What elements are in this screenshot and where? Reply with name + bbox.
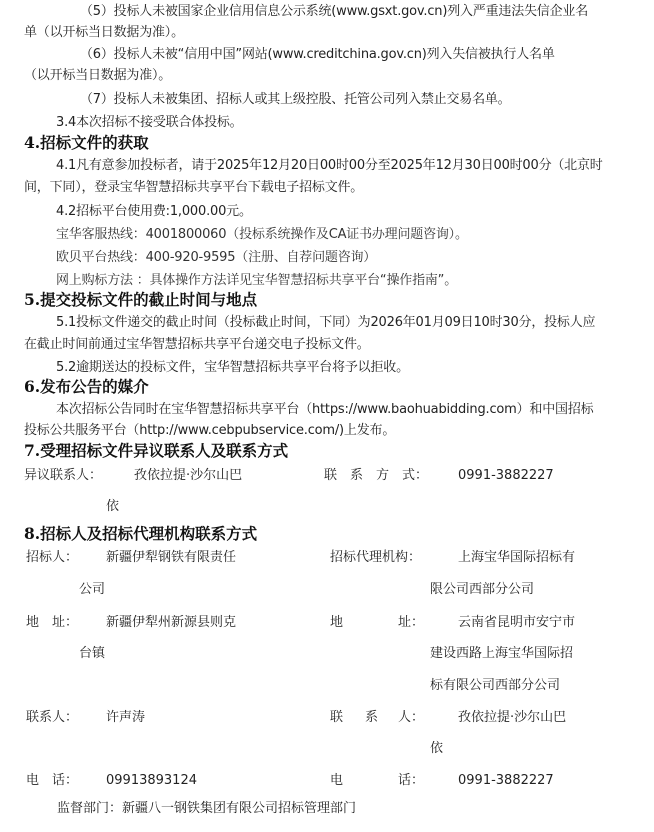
tenderer-address-cont: 台镇 xyxy=(79,646,105,662)
requirement-5-line1: （5）投标人未被国家企业信用信息公示系统(www.gsxt.gov.cn)列入严… xyxy=(80,4,588,20)
objection-phone: 0991-3882227 xyxy=(458,468,554,484)
tenderer-contact-label: 联系人： xyxy=(26,710,78,726)
agency-address-cont2: 标有限公司西部分公司 xyxy=(430,678,560,694)
requirement-5-line2: 单（以开标当日数据为准）。 xyxy=(24,25,184,41)
requirement-6-line2: （以开标当日数据为准）。 xyxy=(24,68,171,84)
agency-phone: 0991-3882227 xyxy=(458,773,554,789)
media-line1: 本次招标公告同时在宝华智慧招标共享平台（https://www.baohuabi… xyxy=(56,402,593,418)
clause-5-1-line2: 在截止时间前通过宝华智慧招标共享平台递交电子投标文件。 xyxy=(24,337,370,353)
agency-address-label-2: 址： xyxy=(398,615,424,631)
agency-label: 招标代理机构： xyxy=(330,550,421,566)
baohua-hotline: 宝华客服热线：4001800060（投标系统操作及CA证书办理问题咨询）。 xyxy=(56,227,468,243)
agency-address-label-1: 地 xyxy=(330,615,343,631)
clause-4-1-line1: 4.1凡有意参加投标者，请于2025年12月20日00时00分至2025年12月… xyxy=(56,158,603,174)
purchase-method: 网上购标方法 ：具体操作方法详见宝华智慧招标共享平台“操作指南”。 xyxy=(56,273,457,289)
tenderer-name-cont: 公司 xyxy=(79,582,105,598)
agency-phone-label-2: 话： xyxy=(398,773,424,789)
section-5-heading: 5.提交投标文件的截止时间与地点 xyxy=(24,290,257,310)
oubei-hotline: 欧贝平台热线：400-920-9595（注册、自荐问题咨询） xyxy=(56,250,376,266)
section-6-heading: 6.发布公告的媒介 xyxy=(24,377,149,397)
clause-5-2: 5.2逾期送达的投标文件，宝华智慧招标共享平台将予以拒收。 xyxy=(56,360,409,376)
clause-4-2: 4.2招标平台使用费:1,000.00元。 xyxy=(56,204,252,220)
requirement-7: （7）投标人未被集团、招标人或其上级控股、托管公司列入禁止交易名单。 xyxy=(80,92,510,108)
section-4-heading: 4.招标文件的获取 xyxy=(24,133,149,153)
tenderer-contact: 许声涛 xyxy=(106,710,145,726)
agency-address: 云南省昆明市安宁市 xyxy=(458,615,575,631)
tenderer-label: 招标人： xyxy=(26,550,78,566)
clause-3-4: 3.4本次招标不接受联合体投标。 xyxy=(56,115,242,131)
requirement-6-line1: （6）投标人未被“信用中国”网站(www.creditchina.gov.cn)… xyxy=(80,47,555,63)
agency-contact: 孜依拉提·沙尔山巴 xyxy=(458,710,566,726)
agency-contact-label-2: 系 xyxy=(365,710,378,726)
tenderer-phone-label: 电 话： xyxy=(26,773,78,789)
section-7-heading: 7.受理招标文件异议联系人及联系方式 xyxy=(24,441,288,461)
agency-name-cont: 限公司西部分公司 xyxy=(430,582,534,598)
objection-contact-name-cont: 依 xyxy=(106,499,119,515)
supervisor-department: 监督部门：新疆八一钢铁集团有限公司招标管理部门 xyxy=(57,801,356,817)
tenderer-address: 新疆伊犁州新源县则克 xyxy=(106,615,236,631)
objection-contact-name: 孜依拉提·沙尔山巴 xyxy=(134,468,242,484)
agency-phone-label-1: 电 xyxy=(330,773,343,789)
tenderer-phone: 09913893124 xyxy=(106,773,197,789)
media-line2: 投标公共服务平台（http://www.cebpubservice.com/)上… xyxy=(24,423,395,439)
tenderer-name: 新疆伊犁钢铁有限责任 xyxy=(106,550,236,566)
objection-method-label: 联 系 方 式： xyxy=(324,468,428,484)
agency-address-cont1: 建设西路上海宝华国际招 xyxy=(430,646,573,662)
agency-contact-label-1: 联 xyxy=(330,710,343,726)
agency-contact-label-3: 人： xyxy=(398,710,424,726)
objection-contact-label: 异议联系人： xyxy=(24,468,102,484)
tenderer-address-label: 地 址： xyxy=(26,615,78,631)
agency-name: 上海宝华国际招标有 xyxy=(458,550,575,566)
agency-contact-cont: 依 xyxy=(430,741,443,757)
clause-5-1-line1: 5.1投标文件递交的截止时间（投标截止时间，下同）为2026年01月09日10时… xyxy=(56,315,595,331)
clause-4-1-line2: 间，下同），登录宝华智慧招标共享平台下载电子招标文件。 xyxy=(24,180,363,196)
section-8-heading: 8.招标人及招标代理机构联系方式 xyxy=(24,524,257,544)
